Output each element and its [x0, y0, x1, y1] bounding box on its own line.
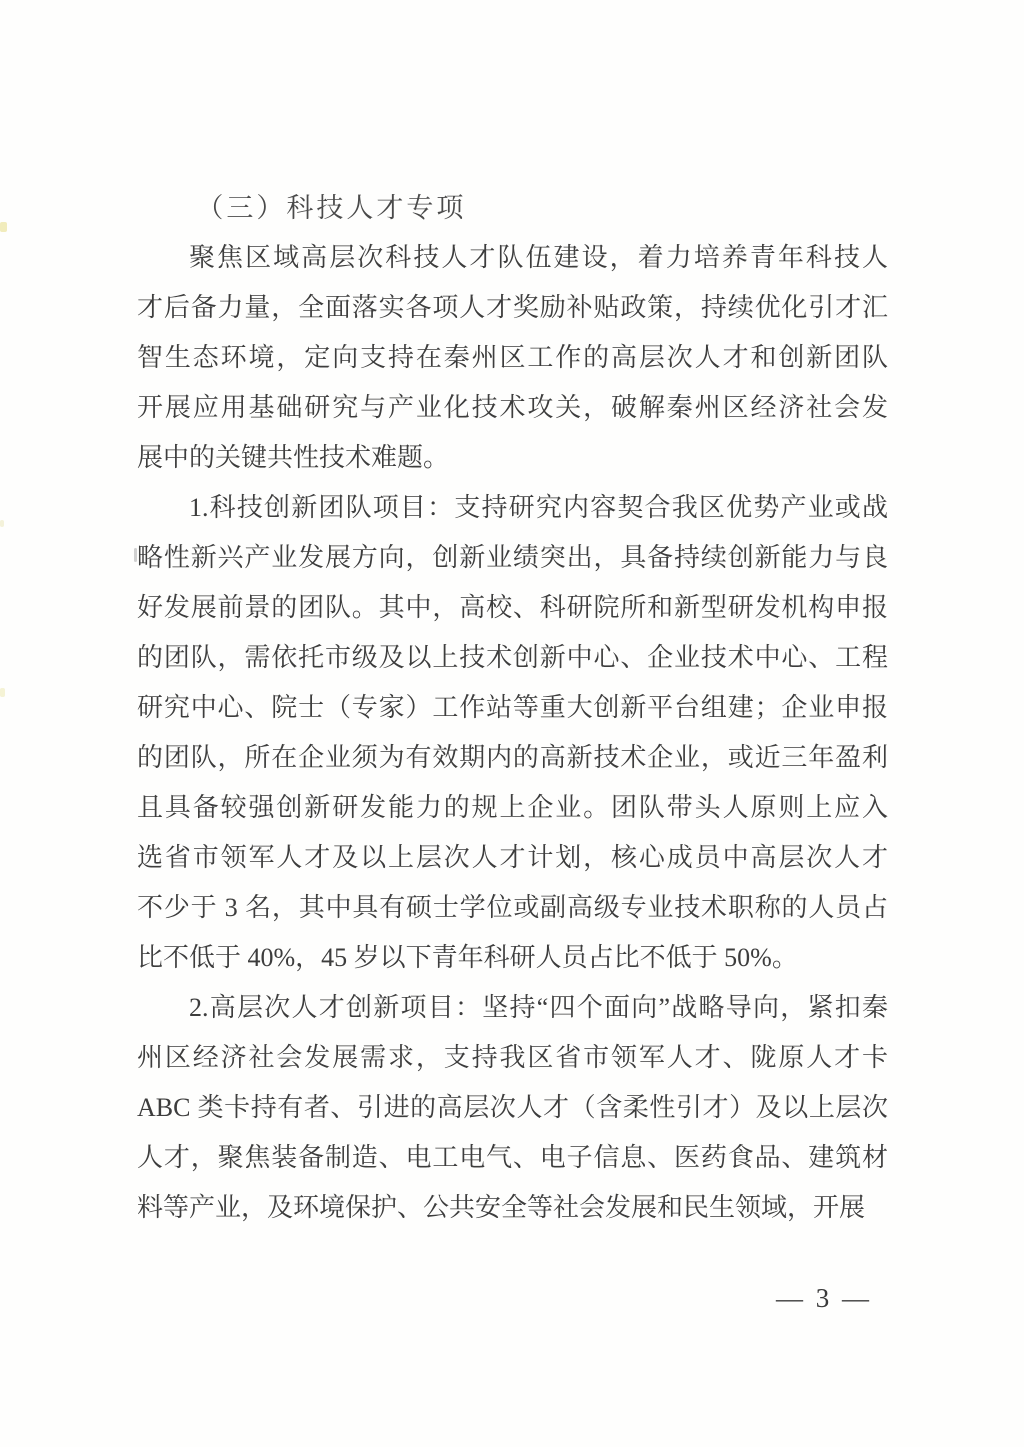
text-line: 1.科技创新团队项目：支持研究内容契合我区优势产业或战	[137, 483, 888, 533]
text-line: 才后备力量，全面落实各项人才奖励补贴政策，持续优化引才汇	[137, 283, 888, 333]
text-line: 开展应用基础研究与产业化技术攻关，破解秦州区经济社会发	[137, 383, 888, 433]
text-line: 的团队，需依托市级及以上技术创新中心、企业技术中心、工程	[137, 633, 888, 683]
page-number: — 3 —	[776, 1283, 872, 1314]
text-line: 略性新兴产业发展方向，创新业绩突出，具备持续创新能力与良	[137, 533, 888, 583]
scan-smudge	[0, 688, 5, 697]
text-line: 好发展前景的团队。其中，高校、科研院所和新型研发机构申报	[137, 583, 888, 633]
text-line: 比不低于 40%，45 岁以下青年科研人员占比不低于 50%。	[137, 933, 888, 983]
text-line: 智生态环境，定向支持在秦州区工作的高层次人才和创新团队	[137, 333, 888, 383]
text-line: 展中的关键共性技术难题。	[137, 433, 888, 483]
text-line: 料等产业，及环境保护、公共安全等社会发展和民生领域，开展	[137, 1183, 888, 1233]
text-line: 的团队，所在企业须为有效期内的高新技术企业，或近三年盈利	[137, 733, 888, 783]
paragraphs: 聚焦区域高层次科技人才队伍建设，着力培养青年科技人才后备力量，全面落实各项人才奖…	[137, 233, 888, 1233]
text-line: 研究中心、院士（专家）工作站等重大创新平台组建；企业申报	[137, 683, 888, 733]
text-line: 选省市领军人才及以上层次人才计划，核心成员中高层次人才	[137, 833, 888, 883]
text-line: ABC 类卡持有者、引进的高层次人才（含柔性引才）及以上层次	[137, 1083, 888, 1133]
document-page: （三）科技人才专项 聚焦区域高层次科技人才队伍建设，着力培养青年科技人才后备力量…	[0, 0, 1024, 1447]
section-heading: （三）科技人才专项	[137, 183, 888, 233]
text-line: 人才，聚焦装备制造、电工电气、电子信息、医药食品、建筑材	[137, 1133, 888, 1183]
document-body: （三）科技人才专项 聚焦区域高层次科技人才队伍建设，着力培养青年科技人才后备力量…	[137, 183, 888, 1233]
text-line: 不少于 3 名，其中具有硕士学位或副高级专业技术职称的人员占	[137, 883, 888, 933]
text-line: 州区经济社会发展需求，支持我区省市领军人才、陇原人才卡	[137, 1033, 888, 1083]
text-line: 且具备较强创新研发能力的规上企业。团队带头人原则上应入	[137, 783, 888, 833]
scan-smudge	[0, 520, 4, 527]
scan-smudge	[0, 222, 7, 232]
text-line: 聚焦区域高层次科技人才队伍建设，着力培养青年科技人	[137, 233, 888, 283]
text-line: 2.高层次人才创新项目：坚持“四个面向”战略导向，紧扣秦	[137, 983, 888, 1033]
